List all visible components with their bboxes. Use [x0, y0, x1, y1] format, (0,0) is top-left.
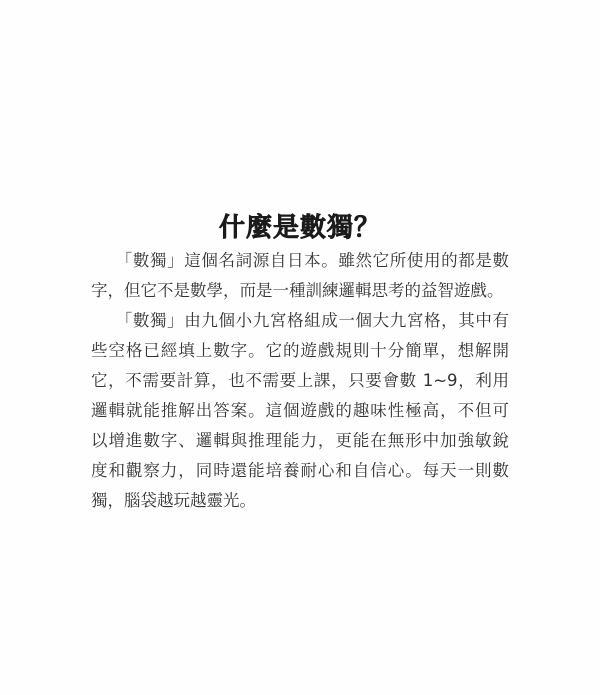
text-line: 字，但它不是數學，而是一種訓練邏輯思考的益智遊戲。: [91, 276, 509, 306]
text-line: 獨，腦袋越玩越靈光。: [91, 486, 509, 516]
text-line: 度和觀察力，同時還能培養耐心和自信心。每天一則數: [91, 456, 509, 486]
paragraph-rules: 「數獨」由九個小九宮格組成一個大九宮格，其中有些空格已經填上數字。它的遊戲規則十…: [91, 306, 509, 516]
body-text: 「數獨」這個名詞源自日本。雖然它所使用的都是數字，但它不是數學，而是一種訓練邏輯…: [91, 246, 509, 516]
text-line: 些空格已經填上數字。它的遊戲規則十分簡單，想解開: [91, 336, 509, 366]
text-line: 邏輯就能推解出答案。這個遊戲的趣味性極高，不但可: [91, 396, 509, 426]
text-line: 它，不需要計算，也不需要上課，只要會數 1~9，利用: [91, 366, 509, 396]
text-line: 「數獨」這個名詞源自日本。雖然它所使用的都是數: [91, 246, 509, 276]
text-line: 以增進數字、邏輯與推理能力，更能在無形中加強敏銳: [91, 426, 509, 456]
paragraph-intro: 「數獨」這個名詞源自日本。雖然它所使用的都是數字，但它不是數學，而是一種訓練邏輯…: [91, 246, 509, 306]
book-page: 什麼是數獨？ 「數獨」這個名詞源自日本。雖然它所使用的都是數字，但它不是數學，而…: [0, 0, 600, 695]
page-title: 什麼是數獨？: [0, 207, 600, 244]
text-line: 「數獨」由九個小九宮格組成一個大九宮格，其中有: [91, 306, 509, 336]
